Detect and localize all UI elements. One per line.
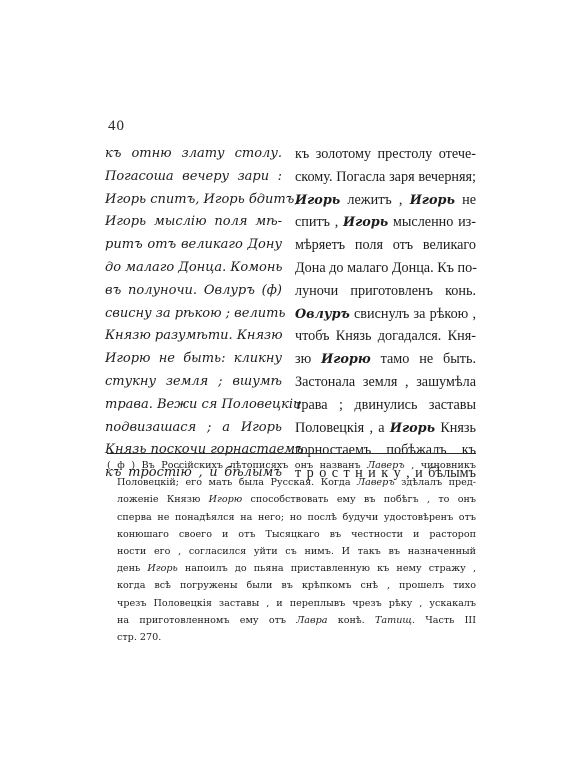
text-line: чтобъ Князь догадался. Кня- [295,325,476,348]
text-run: ложеніе Князю [117,494,209,505]
text-line: луночи приготовленъ конь. [295,280,476,303]
text-run: день [117,563,147,574]
text-run: луночи приготовленъ конь. [295,283,476,299]
text-line: Овлуръ свиснулъ за рѣкою , [295,303,476,326]
text-line: Игорю не быть: кликну [105,348,282,371]
text-run: сперва не понадѣялся на него; но послѣ б… [117,512,476,523]
text-run: скому. Погасла заря вечерняя; [295,169,476,185]
footnote-line: ложеніе Князю Игорю способствовать ему в… [107,491,476,508]
footnote-line: стр. 270. [107,629,476,646]
footnote-line: когда всѣ погружены были въ крѣпкомъ снѣ… [107,577,476,594]
italic-name: Игорь [295,193,340,208]
text-run: мысленно из- [388,214,476,230]
text-run: напоилъ до пьяна приставленную къ нему с… [178,563,476,574]
text-line: Князю разумѣти. Князю [105,325,282,348]
text-run: Дона до малаго Донца. Къ по- [295,260,477,276]
text-run: горностаемъ побѣжалъ къ [295,442,476,458]
text-line: Погасоша вечеру зари : [105,166,282,189]
italic-name: Игорю [321,352,371,367]
italic-name: Лавра [296,615,327,626]
text-line: скому. Погасла заря вечерняя; [295,166,476,189]
text-line: подвизашася ; а Игорь [105,417,282,440]
text-run: Половецкій; его мать была Русская. Когда [117,477,357,488]
text-run: чтобъ Князь догадался. Кня- [295,328,476,344]
italic-name: Игорь [390,421,435,436]
footnote-line: чрезъ Половецкія заставы , и переплывъ ч… [107,595,476,612]
italic-name: Игорю [209,494,243,505]
text-run: тамо не быть. [371,351,476,367]
text-run: свиснулъ за рѣкою , [350,306,476,322]
text-run: , чиновникъ [405,460,476,471]
text-line: Дона до малаго Донца. Къ по- [295,257,476,280]
footnote-line: ности его , согласился уйти съ нимъ. И т… [107,543,476,560]
footnote-separator-rule [107,453,476,454]
text-run: Часть III [415,615,476,626]
text-run: здѣлалъ пред- [395,477,476,488]
text-line: къ золотому престолу отече- [295,143,476,166]
text-line: въ полуночи. Овлуръ (ф) [105,280,282,303]
text-line: свисну за рѣкою ; велить [105,303,282,326]
text-run: на приготовленномъ ему отъ [117,615,296,626]
text-line: мѣряетъ поля отъ великаго [295,234,476,257]
italic-name: Игорь [147,563,177,574]
text-run: чрезъ Половецкія заставы , и переплывъ ч… [117,598,476,609]
text-run: ности его , согласился уйти съ нимъ. И т… [117,546,476,557]
text-line: трава. Вежи ся Половецкіи [105,394,282,417]
italic-name: Овлуръ [295,307,350,322]
italic-name: Игорь [343,215,388,230]
text-line: стукну земля ; вшумѣ [105,371,282,394]
text-run: стр. 270. [117,632,161,643]
text-line: ритъ отъ великаго Дону [105,234,282,257]
text-run: трава ; двинулись заставы [295,397,476,413]
text-line: Застонала земля , зашумѣла [295,371,476,394]
text-run: Князь [435,420,476,436]
text-line: до малаго Донца. Комонь [105,257,282,280]
footnote-line: день Игорь напоилъ до пьяна приставленну… [107,560,476,577]
text-run: лежитъ , [340,192,409,208]
italic-name: Игорь [410,193,455,208]
text-line: къ отню злату столу. [105,143,282,166]
text-run: не [455,192,476,208]
text-run: способствовать ему въ побѣгъ , то онъ [242,494,476,505]
footnote-line: на приготовленномъ ему отъ Лавра конѣ. Т… [107,612,476,629]
text-run: конюшаго своего и отъ Тысяцкаго въ честн… [117,529,476,540]
footnote-line: ( ф ) Въ Россійскихъ лѣтописяхъ онъ назв… [107,457,476,474]
text-run: когда всѣ погружены были въ крѣпкомъ снѣ… [117,580,476,591]
footnote-line: Половецкій; его мать была Русская. Когда… [107,474,476,491]
footnote-line: сперва не понадѣялся на него; но послѣ б… [107,509,476,526]
right-column-russian-translation: къ золотому престолу отече-скому. Погасл… [295,143,476,485]
text-run: Половецкія , а [295,420,390,436]
text-run: къ золотому престолу отече- [295,146,476,162]
text-line: Половецкія , а Игорь Князь [295,417,476,440]
text-run: Застонала земля , зашумѣла [295,374,476,390]
left-column-church-slavonic-text: къ отню злату столу.Погасоша вечеру зари… [105,143,282,485]
italic-name: Татищ. [375,615,415,626]
text-run: ( ф ) Въ Россійскихъ лѣтописяхъ онъ назв… [107,460,367,471]
text-line: зю Игорю тамо не быть. [295,348,476,371]
text-line: Игорь лежитъ , Игорь не [295,189,476,212]
text-run: зю [295,351,321,367]
italic-name: Лаверъ [367,460,405,471]
text-line: трава ; двинулись заставы [295,394,476,417]
text-line: Игорь спитъ, Игорь бдитъ, [105,189,282,212]
page-number: 40 [108,118,125,135]
text-line: Игорь мыслію поля мѣ- [105,211,282,234]
text-run: спитъ , [295,214,343,230]
text-run: мѣряетъ поля отъ великаго [295,237,476,253]
italic-name: Лаверъ [357,477,395,488]
footnote-line: конюшаго своего и отъ Тысяцкаго въ честн… [107,526,476,543]
footnote: ( ф ) Въ Россійскихъ лѣтописяхъ онъ назв… [107,457,476,646]
text-line: спитъ , Игорь мысленно из- [295,211,476,234]
text-run: конѣ. [327,615,375,626]
